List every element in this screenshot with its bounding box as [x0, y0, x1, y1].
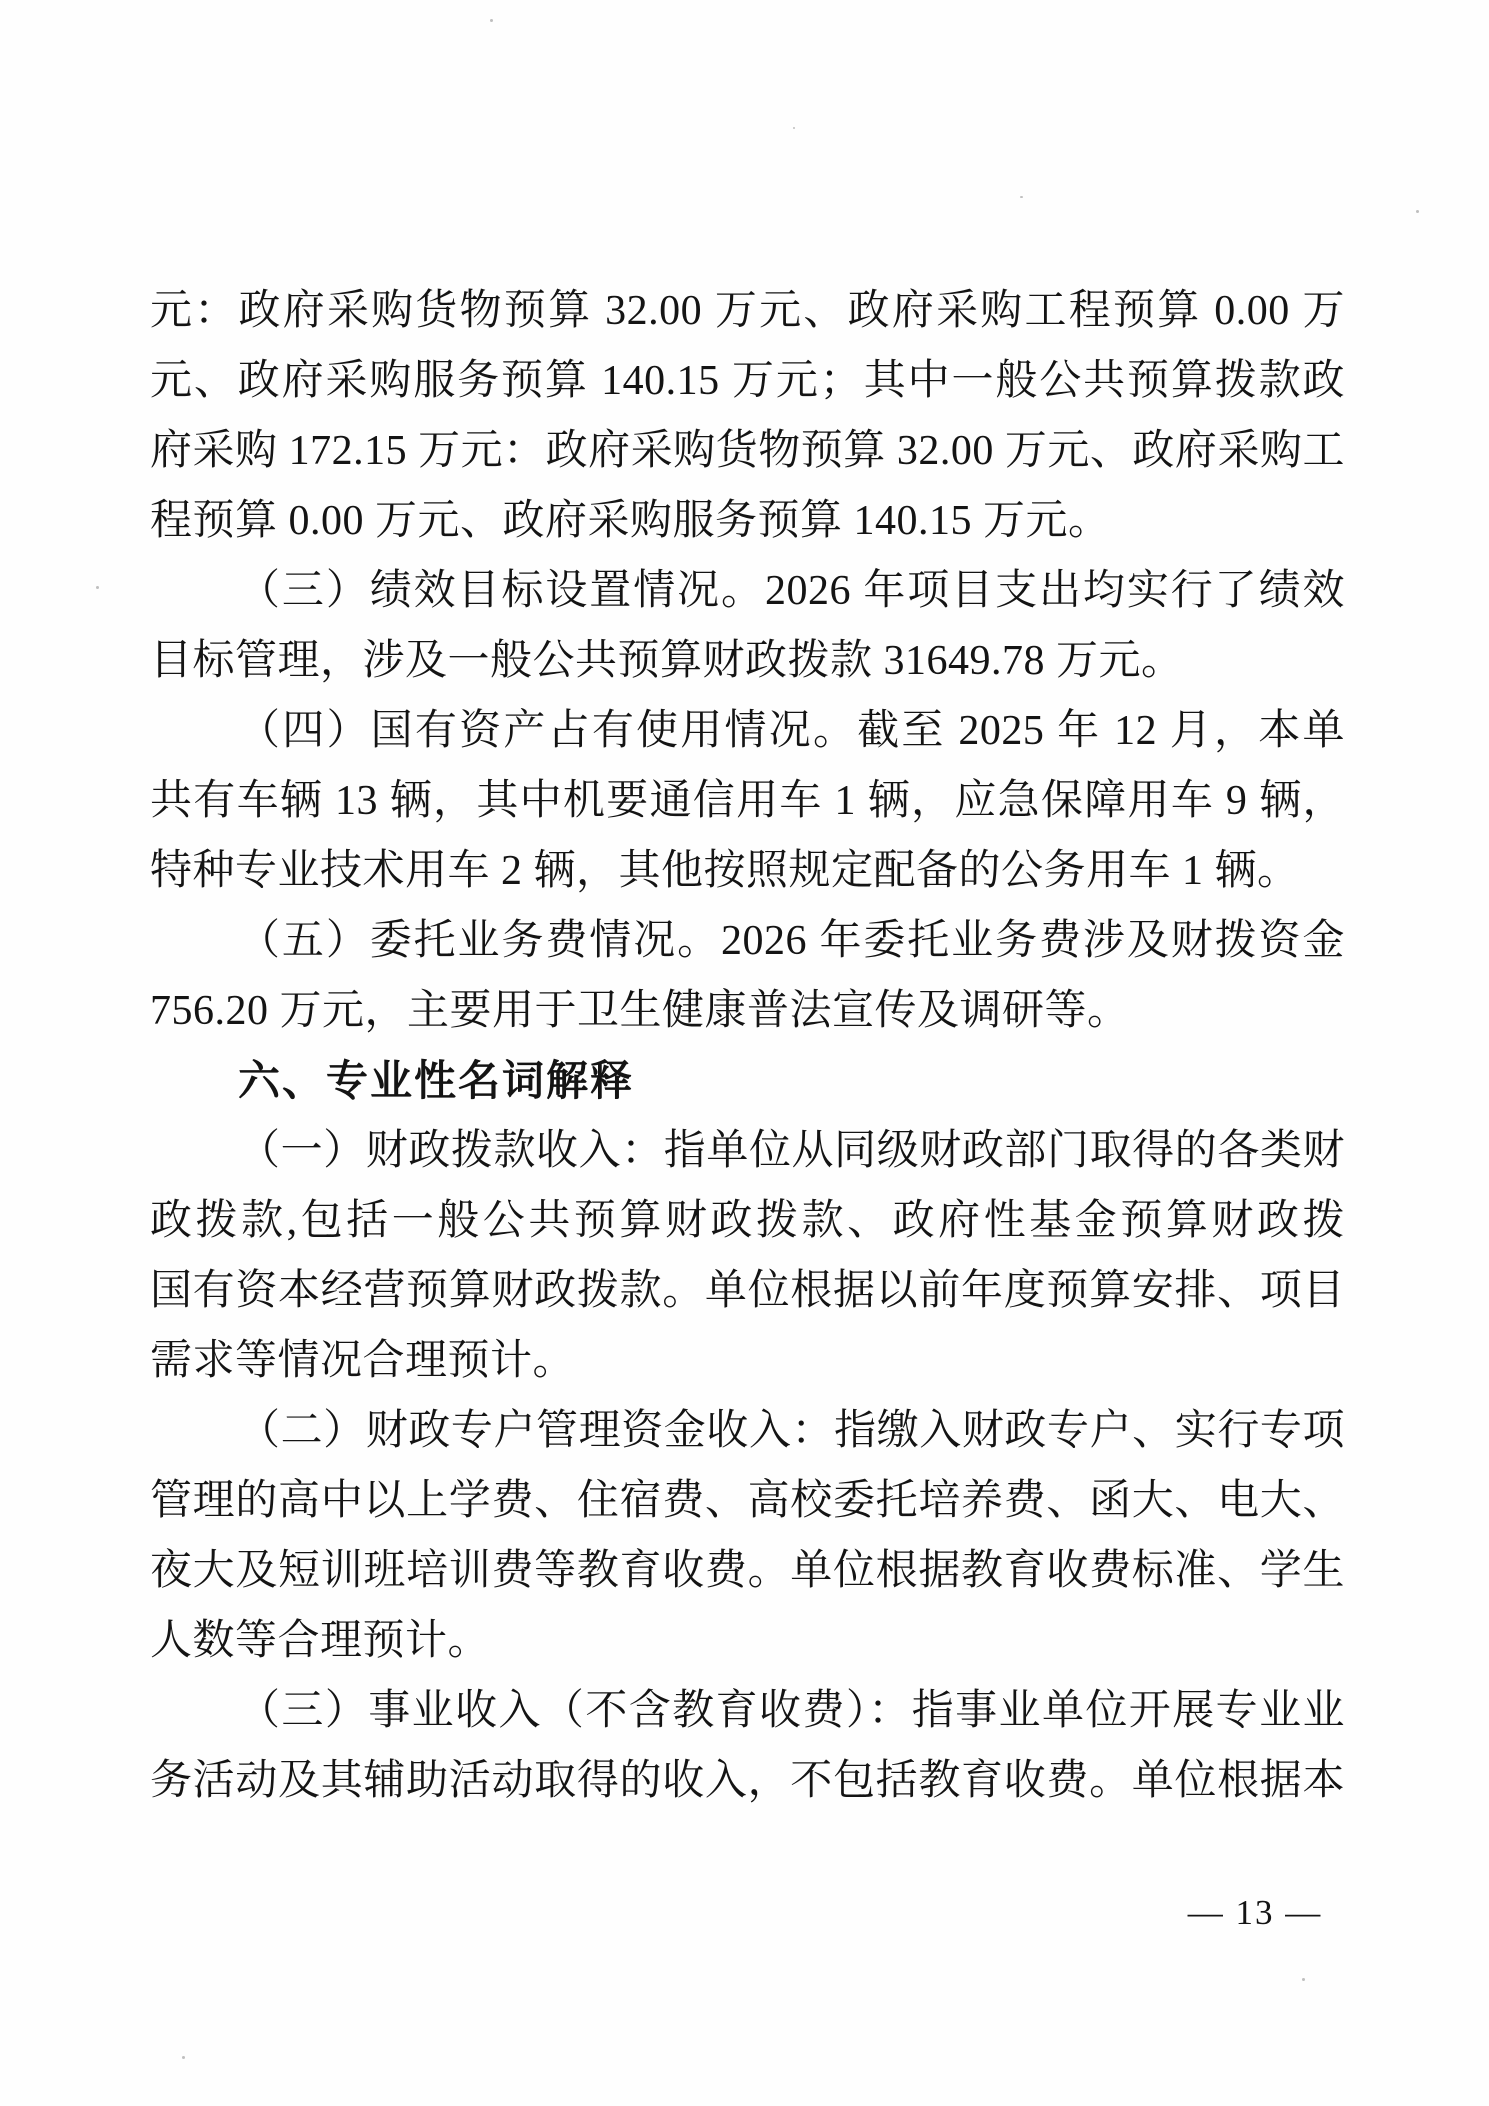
document-page: 元：政府采购货物预算 32.00 万元、政府采购工程预算 0.00 万元、政府采…: [0, 0, 1489, 2106]
scan-speck: [490, 19, 493, 22]
text-line: 程预算 0.00 万元、政府采购服务预算 140.15 万元。: [150, 486, 1345, 556]
text-line: 人数等合理预计。: [150, 1606, 1345, 1676]
text-line: 元、政府采购服务预算 140.15 万元；其中一般公共预算拨款政: [150, 346, 1345, 416]
scan-speck: [182, 2056, 185, 2059]
text-line: 需求等情况合理预计。: [150, 1326, 1345, 1396]
text-line: （五）委托业务费情况。2026 年委托业务费涉及财拨资金: [150, 906, 1345, 976]
text-line: 务活动及其辅助活动取得的收入，不包括教育收费。单位根据本: [150, 1746, 1345, 1816]
text-line: （四）国有资产占有使用情况。截至 2025 年 12 月，本单位: [150, 696, 1345, 766]
scan-speck: [1302, 1978, 1305, 1981]
text-line: （一）财政拨款收入：指单位从同级财政部门取得的各类财: [150, 1116, 1345, 1186]
text-line: 共有车辆 13 辆，其中机要通信用车 1 辆，应急保障用车 9 辆，: [150, 766, 1345, 836]
text-line: 元：政府采购货物预算 32.00 万元、政府采购工程预算 0.00 万: [150, 276, 1345, 346]
text-line: 政拨款,包括一般公共预算财政拨款、政府性基金预算财政拨款、: [150, 1186, 1345, 1256]
scan-speck: [1416, 210, 1419, 213]
scan-speck: [793, 127, 795, 129]
page-number: — 13 —: [1130, 1893, 1380, 1933]
section-heading: 六、专业性名词解释: [150, 1046, 1345, 1116]
text-line: （三）事业收入（不含教育收费）：指事业单位开展专业业: [150, 1676, 1345, 1746]
body-text: 元：政府采购货物预算 32.00 万元、政府采购工程预算 0.00 万元、政府采…: [150, 276, 1345, 1816]
text-line: 府采购 172.15 万元：政府采购货物预算 32.00 万元、政府采购工: [150, 416, 1345, 486]
text-line: 管理的高中以上学费、住宿费、高校委托培养费、函大、电大、: [150, 1466, 1345, 1536]
text-line: 特种专业技术用车 2 辆，其他按照规定配备的公务用车 1 辆。: [150, 836, 1345, 906]
text-line: 756.20 万元，主要用于卫生健康普法宣传及调研等。: [150, 976, 1345, 1046]
text-line: 目标管理，涉及一般公共预算财政拨款 31649.78 万元。: [150, 626, 1345, 696]
scan-speck: [96, 586, 99, 589]
text-line: （二）财政专户管理资金收入：指缴入财政专户、实行专项: [150, 1396, 1345, 1466]
text-line: （三）绩效目标设置情况。2026 年项目支出均实行了绩效: [150, 556, 1345, 626]
scan-speck: [1020, 196, 1023, 198]
text-line: 夜大及短训班培训费等教育收费。单位根据教育收费标准、学生: [150, 1536, 1345, 1606]
text-line: 国有资本经营预算财政拨款。单位根据以前年度预算安排、项目: [150, 1256, 1345, 1326]
